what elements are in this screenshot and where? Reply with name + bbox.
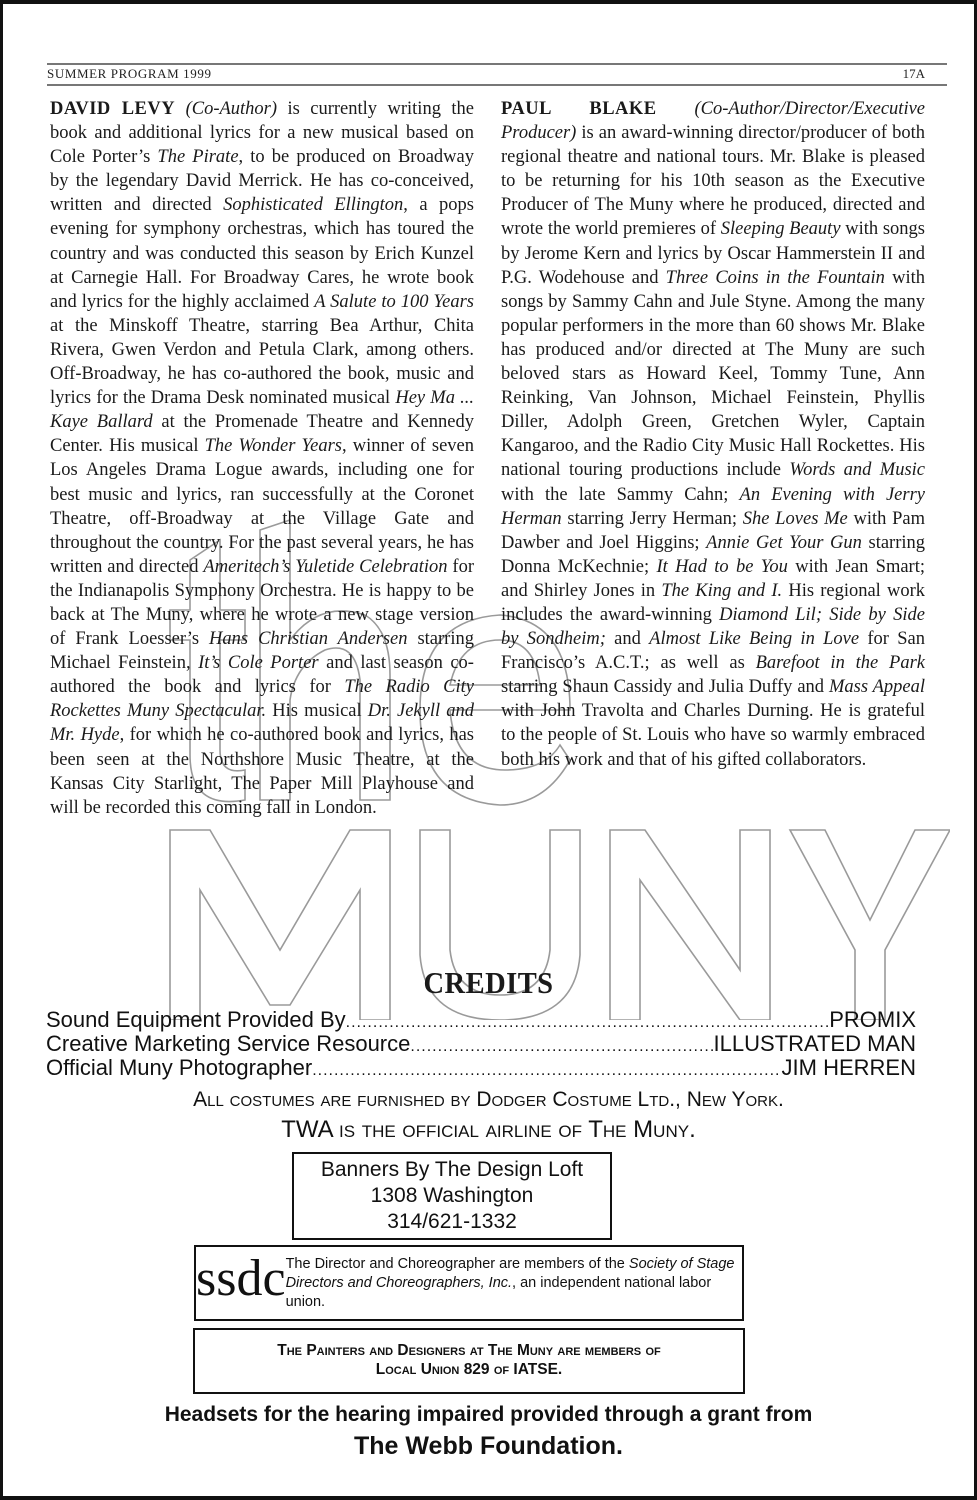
title-italic: It’s Cole Porter: [198, 653, 319, 673]
header-rule-top: [47, 63, 947, 65]
banner-line-3: 314/621-1332: [294, 1209, 610, 1235]
running-head: SUMMER PROGRAM 1999: [47, 66, 212, 82]
title-italic: The Wonder Years: [205, 436, 342, 456]
bio-name: PAUL BLAKE: [501, 99, 657, 119]
ssdc-text: The Director and Choreographer are membe…: [286, 1255, 742, 1312]
bio-text: is an award-winning director/producer of…: [501, 123, 925, 769]
bio-name: DAVID LEVY: [50, 99, 175, 119]
title-italic: Mass Appeal: [829, 677, 925, 697]
banner-line-2: 1308 Washington: [294, 1183, 610, 1209]
credit-leader-dots: ........................................…: [312, 1059, 781, 1083]
credit-value: PROMIX: [829, 1008, 916, 1032]
title-italic: Barefoot in the Park: [756, 653, 925, 673]
title-italic: Three Coins in the Fountain: [666, 268, 885, 288]
airline-notice: TWA is the official airline of The Muny.: [0, 1116, 977, 1144]
credit-label: Sound Equipment Provided By: [46, 1008, 346, 1032]
bio-paul-blake: PAUL BLAKE (Co-Author/Director/Executive…: [501, 97, 925, 772]
iatse-line-1: The Painters and Designers at The Muny a…: [195, 1341, 743, 1360]
bio-text-run: His musical: [266, 701, 368, 721]
title-italic: A Salute to 100 Years: [314, 292, 474, 312]
iatse-line-2: Local Union 829 of IATSE.: [195, 1360, 743, 1379]
iatse-box: The Painters and Designers at The Muny a…: [193, 1328, 745, 1394]
bio-text-run: starring Jerry Herman;: [562, 509, 743, 529]
title-italic: She Loves Me: [743, 509, 848, 529]
bio-role: (Co-Author): [186, 99, 277, 119]
credit-line-photographer: Official Muny Photographer .............…: [46, 1056, 916, 1083]
page-number: 17A: [903, 66, 925, 82]
title-italic: Words and Music: [789, 460, 925, 480]
banner-box: Banners By The Design Loft 1308 Washingt…: [292, 1152, 612, 1240]
title-italic: Sleeping Beauty: [721, 219, 841, 239]
title-italic: Almost Like Being in Love: [649, 629, 859, 649]
bio-text-run: with the late Sammy Cahn;: [501, 485, 740, 505]
title-italic: The King and I.: [661, 581, 782, 601]
ssdc-text-pre: The Director and Choreographer are membe…: [286, 1256, 629, 1272]
credit-value: JIM HERREN: [782, 1056, 916, 1080]
bio-david-levy: DAVID LEVY (Co-Author) is currently writ…: [50, 97, 474, 820]
credits-title: CREDITS: [39, 965, 938, 1001]
title-italic: Sophisticated Ellington: [223, 195, 403, 215]
ssdc-logo: ssdc: [196, 1253, 286, 1313]
title-italic: Ameritech’s Yuletide Celebration: [203, 557, 447, 577]
credit-label: Official Muny Photographer: [46, 1056, 312, 1080]
title-italic: It Had to be You: [656, 557, 787, 577]
bio-text-run: , winner of seven Los Angeles Drama Logu…: [50, 436, 474, 576]
bio-text: is currently writing the book and additi…: [50, 99, 474, 818]
webb-foundation: The Webb Foundation.: [0, 1432, 977, 1461]
credit-label: Creative Marketing Service Resource: [46, 1032, 410, 1056]
bio-text-run: and: [606, 629, 649, 649]
bio-text-run: with songs by Sammy Cahn and Jule Styne.…: [501, 268, 925, 481]
header-rule-bottom: [47, 84, 947, 86]
ssdc-box: ssdc The Director and Choreographer are …: [194, 1245, 744, 1321]
title-italic: The Pirate: [157, 147, 238, 167]
costumes-notice: All costumes are furnished by Dodger Cos…: [0, 1088, 977, 1112]
headsets-notice: Headsets for the hearing impaired provid…: [0, 1403, 977, 1427]
bio-text-run: starring Shaun Cassidy and Julia Duffy a…: [501, 677, 829, 697]
credit-value: ILLUSTRATED MAN: [713, 1032, 916, 1056]
title-italic: Annie Get Your Gun: [706, 533, 862, 553]
title-italic: Hans Christian Andersen: [209, 629, 407, 649]
bio-text-run: with John Travolta and Charles Durning. …: [501, 701, 925, 769]
banner-line-1: Banners By The Design Loft: [294, 1157, 610, 1183]
